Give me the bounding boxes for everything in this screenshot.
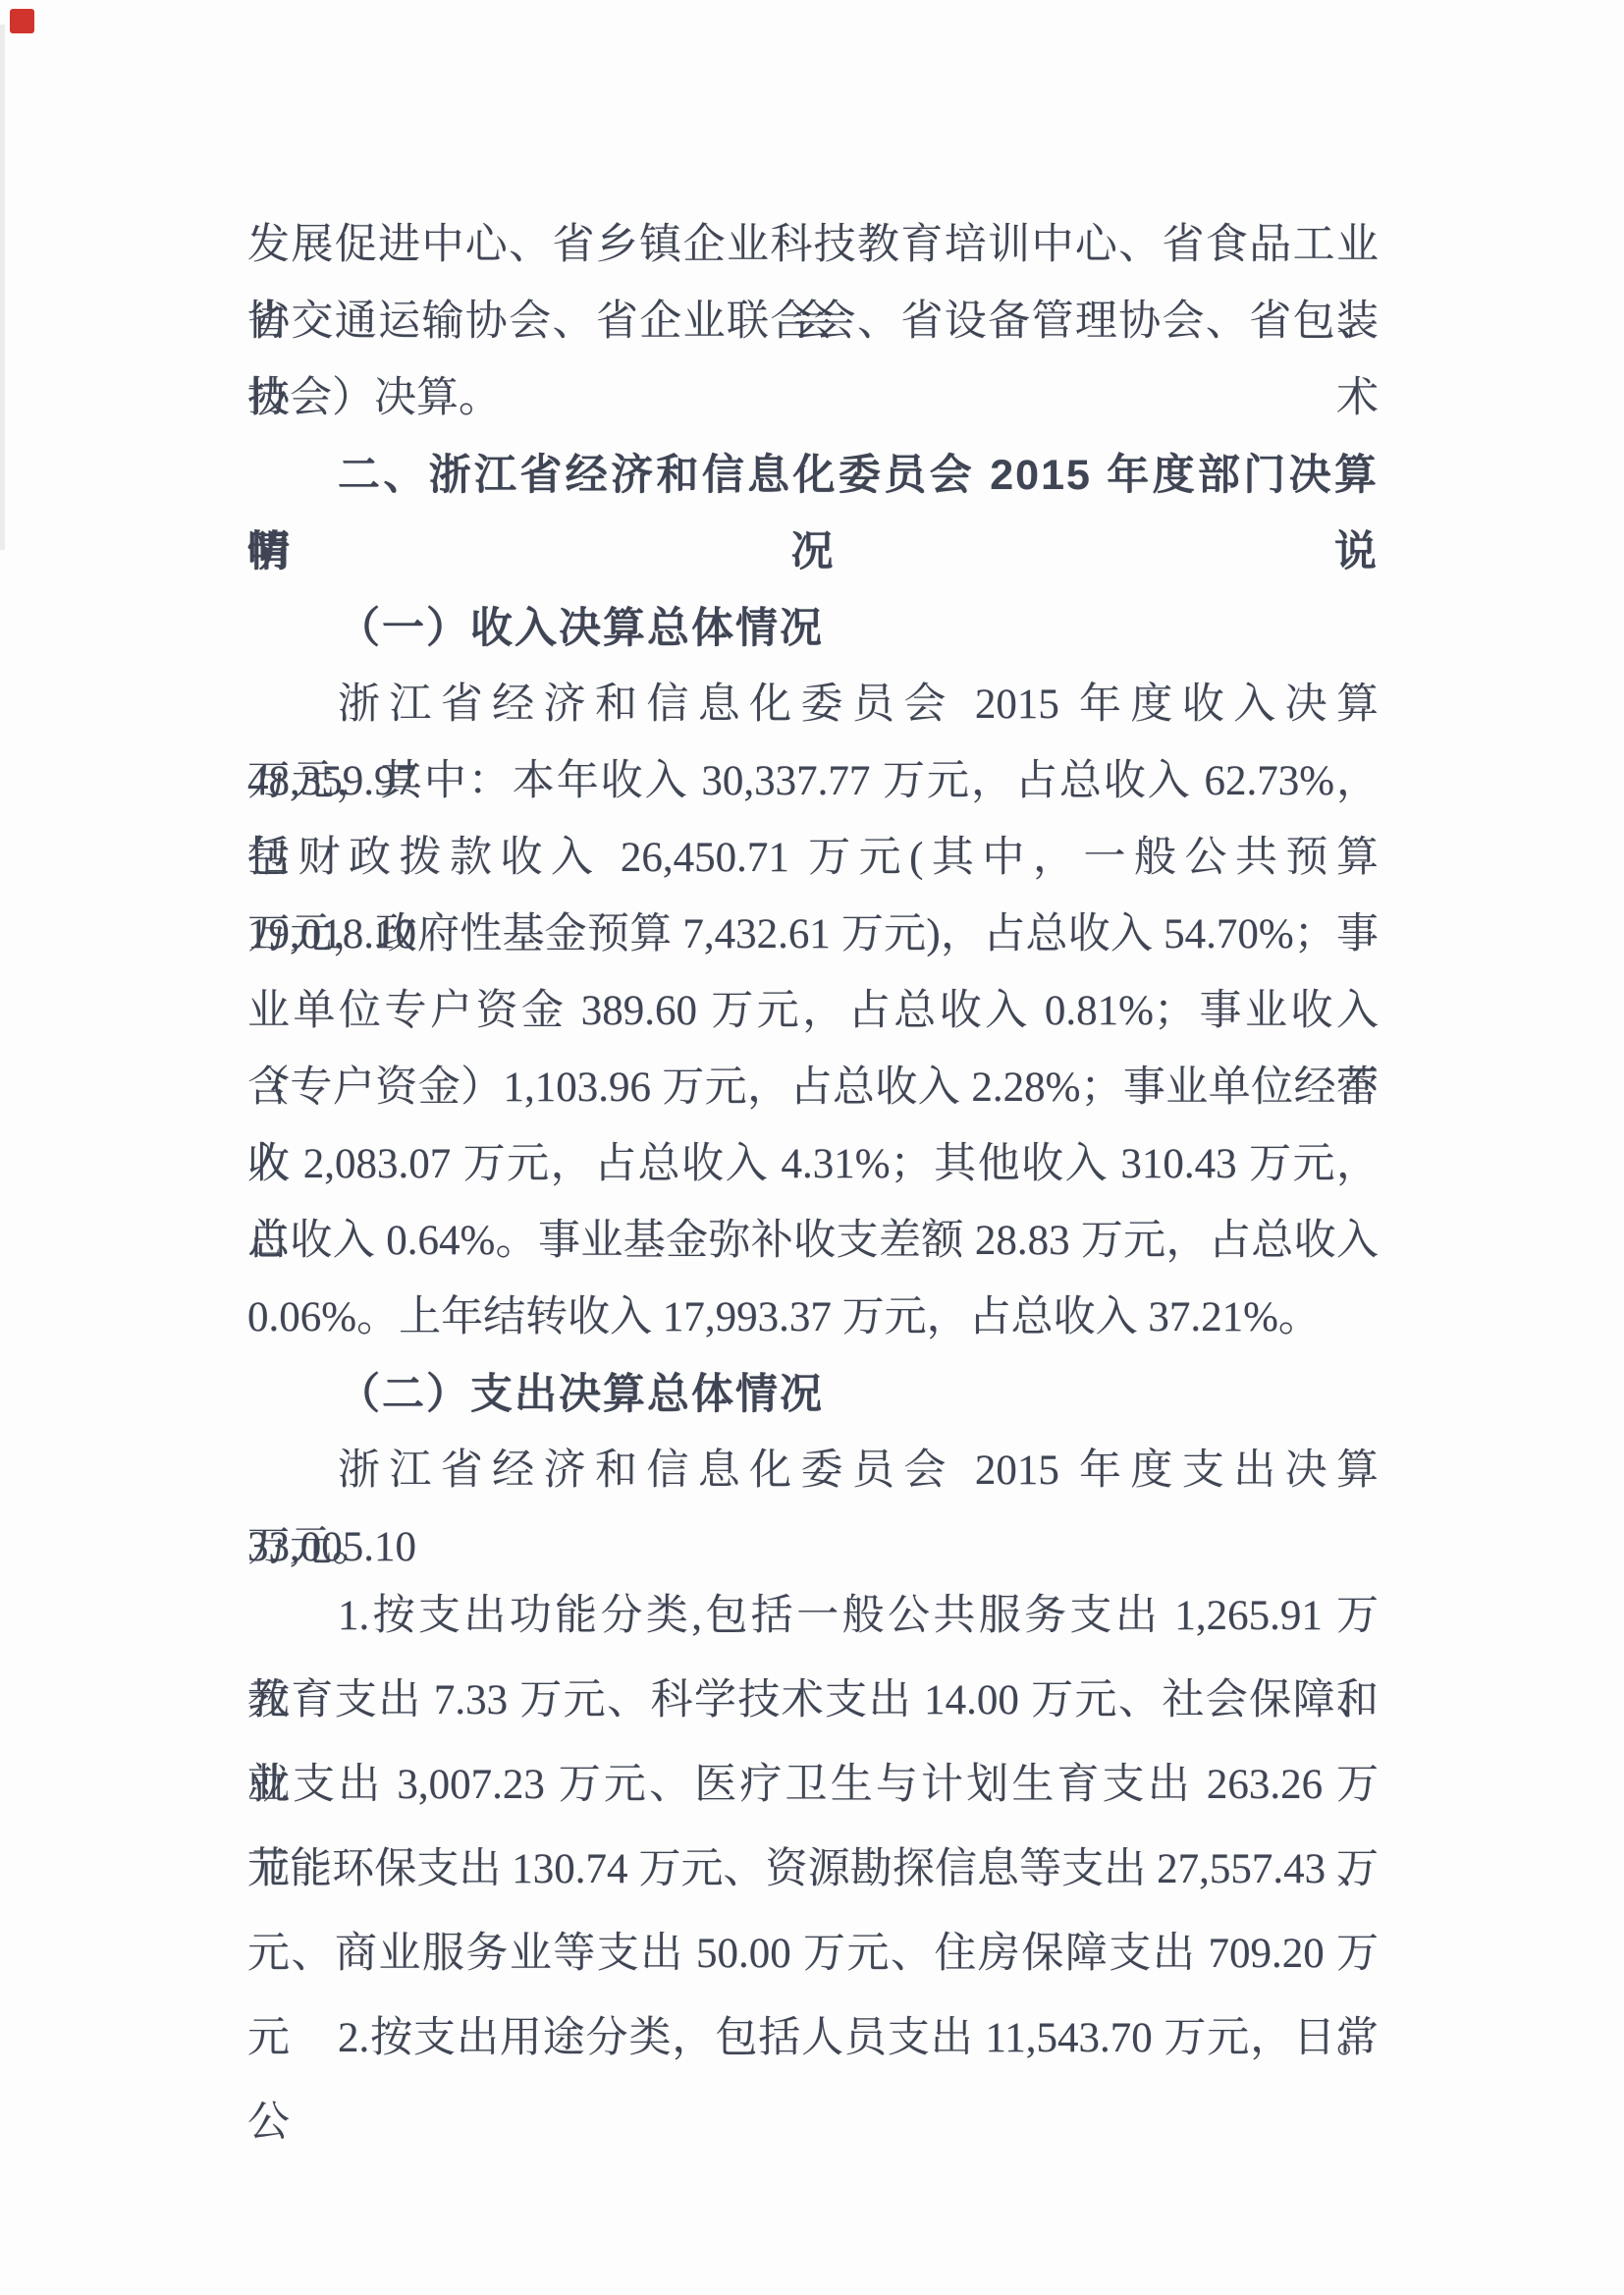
text-line: 万元，政府性基金预算 7,432.61 万元)，占总收入 54.70%；事 (247, 897, 1379, 973)
text-line: 元、商业服务业等支出 50.00 万元、住房保障支出 709.20 万元。 (247, 1912, 1379, 1996)
text-line: 浙江省经济和信息化委员会 2015 年度收入决算 48,359.97 (247, 667, 1379, 743)
text-line: 万元，其中：本年收入 30,337.77 万元，占总收入 62.73%，包 (247, 743, 1379, 820)
text-line: 含专户资金）1,103.96 万元，占总收入 2.28%；事业单位经营收 (247, 1050, 1379, 1126)
text-line: 省交通运输协会、省企业联合会、省设备管理协会、省包装技术 (247, 284, 1379, 360)
text-line: 业单位专户资金 389.60 万元，占总收入 0.81%；事业收入（不 (247, 973, 1379, 1050)
scan-edge-artifact (0, 25, 5, 550)
text-line: 节能环保支出 130.74 万元、资源勘探信息等支出 27,557.43 万 (247, 1828, 1379, 1912)
text-line: 入 2,083.07 万元，占总收入 4.31%；其他收入 310.43 万元，… (247, 1126, 1379, 1203)
text-line: 括财政拨款收入 26,450.71 万元(其中，一般公共预算 19,018.10 (247, 820, 1379, 897)
document-text-block-upper: 发展促进中心、省乡镇企业科技教育培训中心、省食品工业协会、省交通运输协会、省企业… (247, 207, 1379, 1586)
text-line: 2.按支出用途分类，包括人员支出 11,543.70 万元，日常公 (247, 1996, 1379, 2081)
text-line: 总收入 0.64%。事业基金弥补收支差额 28.83 万元，占总收入 (247, 1203, 1379, 1280)
document-text-block-lower: 1.按支出功能分类,包括一般公共服务支出 1,265.91 万元、教育支出 7.… (247, 1574, 1379, 2081)
text-line: 0.06%。上年结转收入 17,993.37 万元，占总收入 37.21%。 (247, 1280, 1379, 1356)
text-line: 业支出 3,007.23 万元、医疗卫生与计划生育支出 263.26 万元、 (247, 1743, 1379, 1828)
text-line: 教育支出 7.33 万元、科学技术支出 14.00 万元、社会保障和就 (247, 1659, 1379, 1743)
heading-line: （一）收入决算总体情况 (247, 590, 1379, 667)
text-line: 1.按支出功能分类,包括一般公共服务支出 1,265.91 万元、 (247, 1574, 1379, 1659)
red-corner-marker (10, 9, 34, 33)
heading-line: 二、浙江省经济和信息化委员会 2015 年度部门决算情况说 (247, 437, 1379, 514)
document-page: 发展促进中心、省乡镇企业科技教育培训中心、省食品工业协会、省交通运输协会、省企业… (0, 0, 1624, 2295)
text-line: 浙江省经济和信息化委员会 2015 年度支出决算 33,005.10 (247, 1433, 1379, 1509)
text-line: 发展促进中心、省乡镇企业科技教育培训中心、省食品工业协会、 (247, 207, 1379, 284)
heading-line: （二）支出决算总体情况 (247, 1356, 1379, 1433)
